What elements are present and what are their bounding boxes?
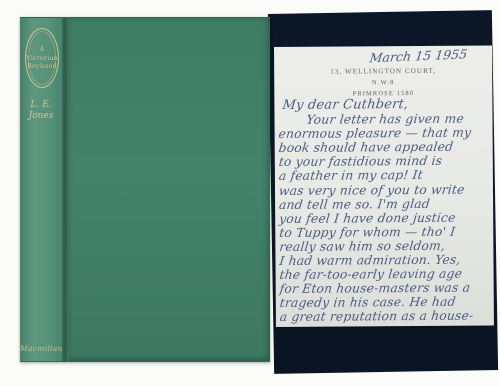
letter-line: My dear Cuthbert, [282,97,490,113]
spine-author: L. E. Jones [20,100,62,122]
book-spine: A Victorian Boyhood L. E. Jones Macmilla… [20,17,62,362]
letterhead-address: 13, WELLINGTON COURT, [274,66,492,76]
spine-author-line: L. E. [20,100,62,111]
spine-title-line: Victorian [26,54,58,63]
letterhead: 13, WELLINGTON COURT, N.W.8 PRIMROSE 158… [274,66,492,98]
letter-line: a feather in my cap! It [278,168,490,184]
spine-cover-groove [62,17,69,362]
spine-publisher: Macmillan [20,344,62,353]
letter-line: really saw him so seldom, [279,238,491,254]
letterhead-district: N.W.8 [274,78,492,87]
spine-title-line: A [40,45,45,54]
spine-author-line: Jones [20,111,62,122]
book-cover: A Victorian Boyhood L. E. Jones Macmilla… [20,17,270,362]
letter-body: My dear Cuthbert, Your letter has given … [276,98,490,325]
spine-title-line: Boyhood [27,62,57,71]
letter-line: a great reputation as a house- [279,309,491,325]
letter-date: March 15 1955 [369,45,490,65]
front-cover [69,17,270,362]
letter-line: Your letter has given me [306,112,490,127]
spine-wreath-ornament: A Victorian Boyhood [25,28,59,88]
letter-line: and tell me so. I'm glad [278,196,490,212]
letter-line: to Tuppy for whom — tho' I [278,224,490,240]
letter-line: you feel I have done justice [278,210,490,226]
letter-paper: March 15 1955 13, WELLINGTON COURT, N.W.… [274,45,494,327]
letter-line: was very nice of you to write [278,182,490,198]
book-and-letter-photo: A Victorian Boyhood L. E. Jones Macmilla… [0,0,500,386]
